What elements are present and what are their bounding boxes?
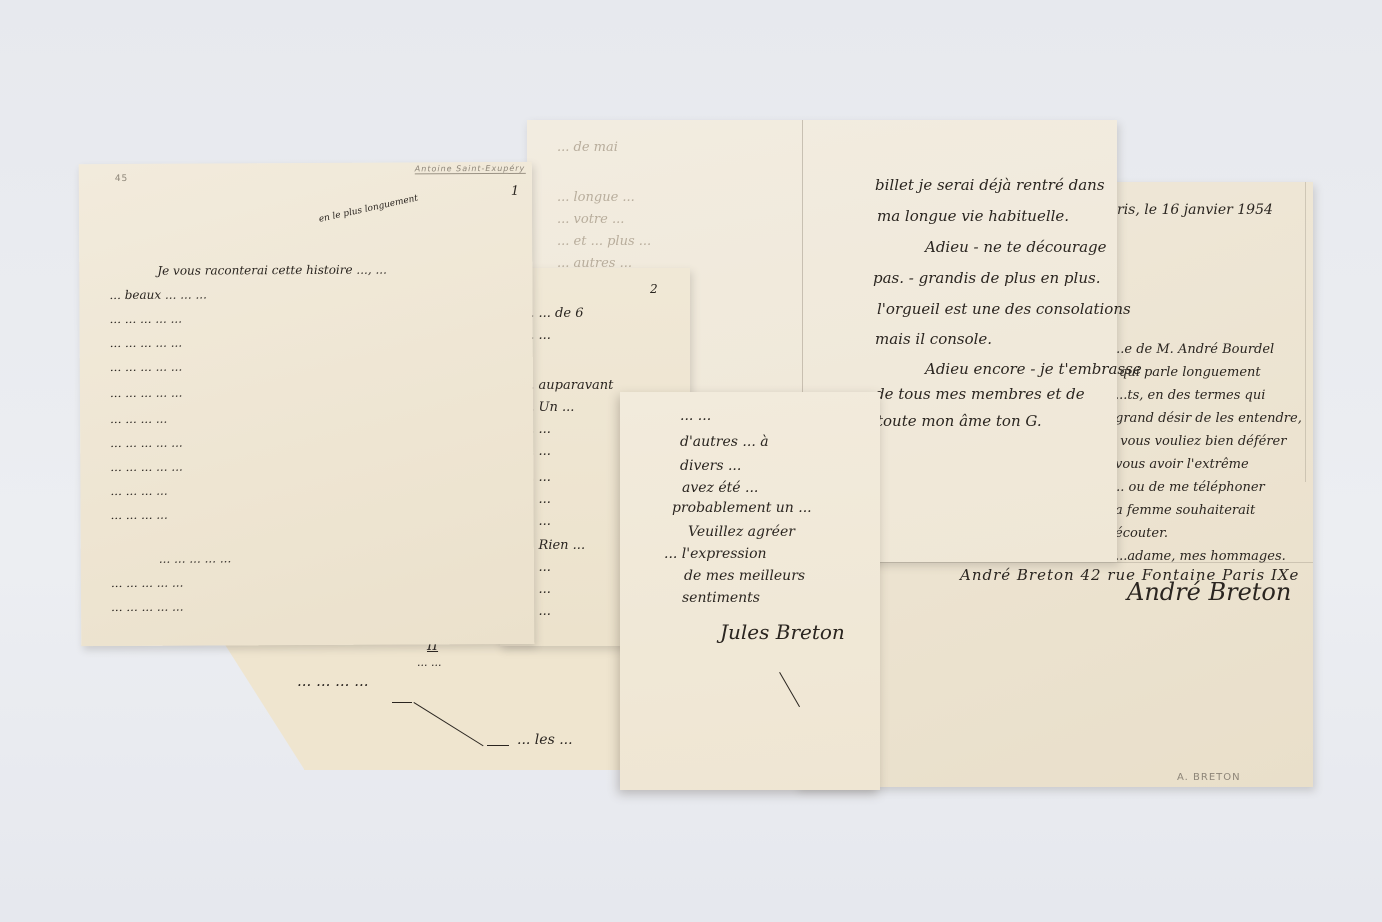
- letter-line: ...ts, en des termes qui: [1115, 388, 1265, 403]
- letter-line: Veuillez agréer: [688, 524, 795, 540]
- letter-line: Adieu encore - je t'embrasse: [925, 360, 1142, 378]
- letter-line: ...e de M. André Bourdel: [1112, 342, 1274, 357]
- manuscript-line: ... ... ... ... ...: [110, 312, 183, 326]
- pen-stroke: [392, 702, 412, 703]
- pencil-note: A. BRETON: [1177, 772, 1241, 783]
- letter-line: l'orgueil est une des consolations: [877, 300, 1131, 318]
- letter-line: d'autres ... à: [680, 434, 769, 450]
- faint-line: ... longue ...: [557, 190, 635, 205]
- corner-mark: 45: [115, 174, 129, 184]
- manuscript-line: ... ... ... ... ...: [110, 460, 183, 474]
- pen-stroke: [413, 702, 483, 746]
- manuscript-line: Je vous raconterai cette histoire ..., .…: [157, 263, 387, 278]
- manuscript-line: ... ... ... ...: [297, 672, 369, 690]
- manuscript-line: ... ... ... ... ...: [111, 576, 184, 590]
- letter-line: écouter.: [1115, 526, 1168, 541]
- letter-line: ma longue vie habituelle.: [877, 207, 1069, 225]
- manuscript-line: ... ... ... ... ...: [111, 600, 184, 614]
- insertion-text: en le plus longuement: [318, 193, 419, 224]
- letter-line: avez été ...: [682, 480, 758, 496]
- letter-address: André Breton 42 rue Fontaine Paris IXe: [960, 566, 1299, 584]
- letter-line: de tous mes membres et de: [875, 385, 1085, 403]
- letter-line: ... l'expression: [664, 546, 767, 562]
- manuscript-line: ... les ...: [517, 732, 573, 748]
- letter-line: billet je serai déjà rentré dans: [875, 176, 1105, 194]
- manuscript-page-1-sheet: 45 Antoine Saint-Exupéry 1 en le plus lo…: [79, 162, 535, 646]
- letter-line: de mes meilleurs: [684, 568, 805, 584]
- letter-line: grand désir de les entendre,: [1115, 411, 1302, 426]
- letter-line: probablement un ...: [672, 500, 812, 516]
- signature-flourish: [779, 672, 800, 707]
- letter-line: , vous vouliez bien déférer: [1112, 434, 1286, 449]
- manuscript-line: ... ... ... ...: [111, 508, 168, 522]
- manuscript-line: ... ... ... ... ...: [110, 336, 183, 350]
- letter-line: vous avoir l'extrême: [1115, 457, 1249, 472]
- letter-date: ris, le 16 janvier 1954: [1117, 202, 1273, 218]
- manuscript-line: ... auparavant: [522, 378, 613, 393]
- insertion-text: ... ...: [417, 656, 441, 669]
- letter-line: a femme souhaiterait: [1115, 503, 1255, 518]
- letter-signature: Jules Breton: [720, 620, 845, 644]
- letter-line: Adieu - ne te décourage: [925, 238, 1107, 256]
- faint-line: ... de mai: [557, 140, 618, 155]
- faint-line: ... et ... plus ...: [557, 234, 651, 249]
- letter-line: ...adame, mes hommages.: [1115, 549, 1286, 564]
- letter-line: ... ou de me téléphoner: [1112, 480, 1265, 495]
- letter-line: pas. - grandis de plus en plus.: [873, 269, 1100, 287]
- letter-line: mais il console.: [875, 330, 992, 348]
- pencil-header: Antoine Saint-Exupéry: [415, 164, 526, 175]
- page-number: 2: [650, 282, 658, 296]
- manuscript-line: ... ... ... ... ...: [159, 551, 232, 565]
- manuscript-line: ... ... ... ... ...: [110, 436, 183, 450]
- letter-line: toute mon âme ton G.: [877, 412, 1042, 430]
- manuscript-line: ... ... ... ...: [110, 484, 167, 498]
- letter-line: ... ...: [680, 408, 711, 424]
- page-number: 1: [511, 184, 519, 199]
- manuscript-line: ... ... ... ... ...: [110, 360, 183, 374]
- manuscript-line: ... beaux ... ... ...: [109, 288, 207, 303]
- letter-line: divers ...: [680, 458, 741, 474]
- fold-line: [1305, 182, 1306, 482]
- manuscript-line: ... ... ... ... ...: [110, 386, 183, 400]
- pen-stroke: [487, 745, 509, 746]
- letter-line: sentiments: [682, 590, 760, 606]
- small-letter-sheet: ... ... d'autres ... à divers ... avez é…: [620, 392, 880, 790]
- faint-line: ... votre ...: [557, 212, 624, 227]
- manuscript-line: ... ... ... ...: [110, 412, 167, 426]
